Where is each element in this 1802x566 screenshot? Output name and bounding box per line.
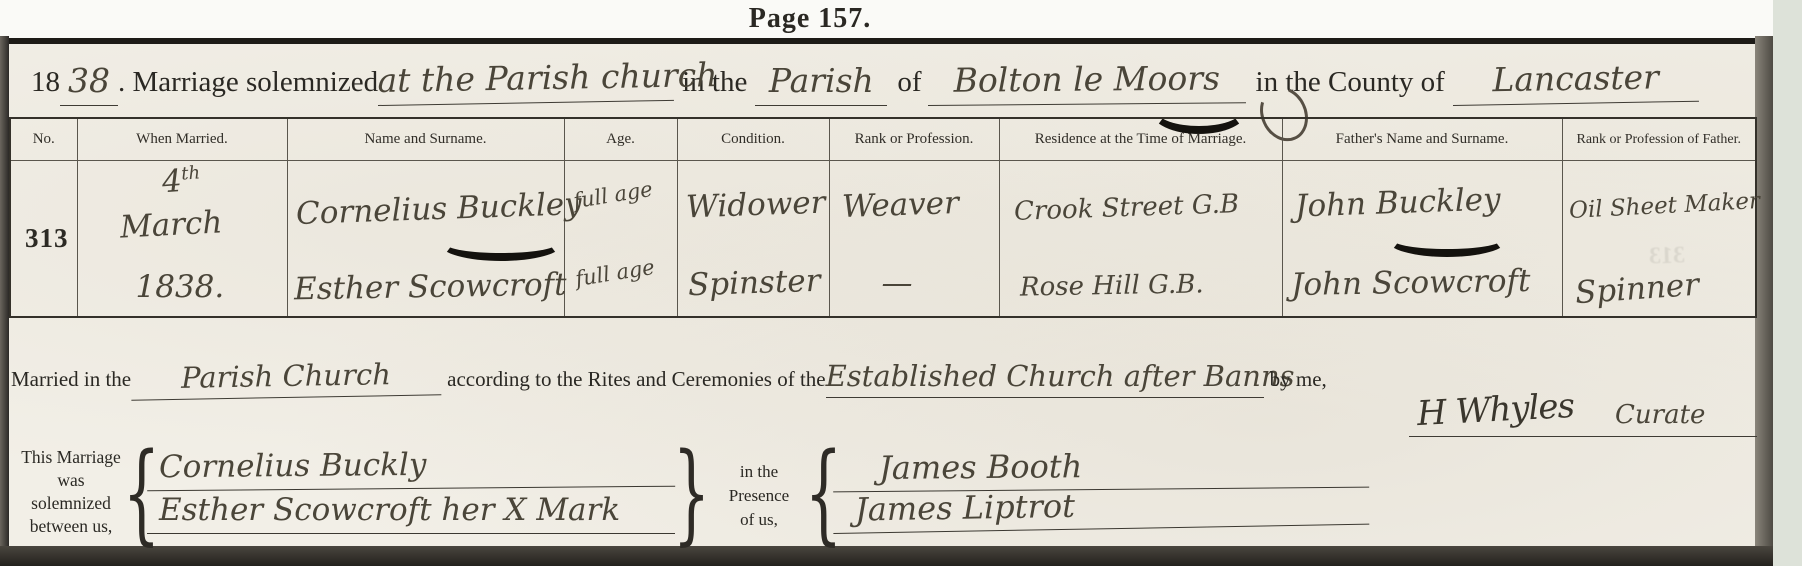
- bride-residence: Rose Hill G.B.: [1019, 269, 1203, 302]
- entry-number: 313: [25, 223, 69, 254]
- ink-flourish: [1387, 223, 1507, 257]
- of-text: of: [887, 66, 927, 106]
- closing-brace: }: [677, 442, 707, 544]
- married-in-handwritten: Parish Church: [131, 353, 442, 400]
- label-line: was: [9, 469, 133, 492]
- cell-father-names: John Buckley John Scowcroft: [1282, 160, 1562, 317]
- witness-signature-2: James Liptrot: [833, 481, 1370, 534]
- entry-row: 313 4th March 1838. Cornelius Buckley Es…: [10, 160, 1756, 317]
- groom-rank: Weaver: [841, 184, 959, 224]
- this-marriage-label: This Marriage was solemnized between us,: [9, 446, 133, 538]
- bride-father-rank: Spinner: [1573, 266, 1699, 311]
- col-header-no: No.: [10, 118, 77, 160]
- according-to-rites-text: according to the Rites and Ceremonies of…: [441, 367, 825, 398]
- bride-condition: Spinster: [687, 262, 821, 303]
- party-signatures: Cornelius Buckly Esther Scowcroft her X …: [147, 444, 675, 534]
- register-table: No. When Married. Name and Surname. Age.…: [9, 117, 1757, 318]
- col-header-age: Age.: [564, 118, 677, 160]
- marriage-solemnized-text: . Marriage solemnized: [118, 66, 378, 106]
- married-in-the-text: Married in the: [11, 367, 131, 398]
- wedding-day: 4th: [160, 161, 201, 200]
- cell-ranks: Weaver —: [829, 160, 999, 317]
- bride-name: Esther Scowcroft: [293, 266, 566, 307]
- page-number-label: Page 157.: [620, 3, 1000, 35]
- wedding-month: March: [119, 204, 223, 245]
- col-header-condition: Condition.: [677, 118, 829, 160]
- table-header-row: No. When Married. Name and Surname. Age.…: [10, 118, 1756, 160]
- register-form: 18 38 . Marriage solemnized at the Paris…: [9, 38, 1755, 546]
- label-line: solemnized: [9, 492, 133, 515]
- cell-entry-no: 313: [10, 160, 77, 317]
- groom-name: Cornelius Buckley: [295, 186, 582, 232]
- groom-age: full age: [571, 176, 654, 212]
- label-line: in the: [709, 460, 809, 484]
- county-handwritten: Lancaster: [1452, 54, 1699, 106]
- groom-father-rank: Oil Sheet Maker: [1568, 188, 1760, 224]
- label-line: of us,: [709, 508, 809, 532]
- officiant-signature-line: [1409, 436, 1757, 437]
- witness-signatures: James Booth James Liptrot: [833, 446, 1369, 534]
- label-line: This Marriage: [9, 446, 133, 469]
- label-line: Presence: [709, 484, 809, 508]
- page-edge-right: [1755, 36, 1773, 566]
- scanned-marriage-register: Page 157. 18 38 . Marriage solemnized at…: [0, 0, 1802, 566]
- groom-condition: Widower: [685, 184, 826, 225]
- rites-handwritten: Established Church after Banns: [826, 356, 1264, 398]
- year-prefix: 18: [31, 66, 60, 106]
- cell-when-married: 4th March 1838.: [77, 160, 287, 317]
- parish-handwritten: Parish: [755, 58, 887, 106]
- page-edge-margin: [1773, 0, 1802, 566]
- bleed-through-entry-no: 313: [1648, 242, 1685, 270]
- groom-residence: Crook Street G.B: [1013, 189, 1239, 227]
- col-header-rank: Rank or Profession.: [829, 118, 999, 160]
- page-edge-left: [0, 36, 9, 566]
- bride-rank-dash: —: [882, 265, 913, 301]
- headline: 18 38 . Marriage solemnized at the Paris…: [9, 54, 1755, 106]
- wedding-year: 1838.: [136, 269, 225, 305]
- col-header-when-married: When Married.: [77, 118, 287, 160]
- col-header-father-name: Father's Name and Surname.: [1282, 118, 1562, 160]
- label-line: between us,: [9, 515, 133, 538]
- bride-father-name: John Scowcroft: [1290, 262, 1530, 302]
- bride-signature: Esther Scowcroft her X Mark: [147, 489, 675, 534]
- cell-ages: full age full age: [564, 160, 677, 317]
- place-handwritten: at the Parish church: [377, 53, 674, 106]
- groom-signature: Cornelius Buckly: [147, 442, 675, 492]
- col-header-name: Name and Surname.: [287, 118, 564, 160]
- ink-flourish: [440, 227, 562, 261]
- bride-age: full age: [573, 254, 656, 290]
- groom-father-name: John Buckley: [1294, 181, 1501, 224]
- officiant-title: Curate: [1615, 400, 1705, 430]
- presence-label: in the Presence of us,: [709, 460, 809, 532]
- by-me-text: by me,: [1264, 367, 1327, 398]
- cell-residences: Crook Street G.B Rose Hill G.B.: [999, 160, 1282, 317]
- col-header-father-rank: Rank or Profession of Father.: [1562, 118, 1756, 160]
- page-edge-bottom: [0, 546, 1773, 566]
- cell-names: Cornelius Buckley Esther Scowcroft: [287, 160, 564, 317]
- col-header-residence: Residence at the Time of Marriage.: [999, 118, 1282, 160]
- cell-conditions: Widower Spinster: [677, 160, 829, 317]
- year-handwritten: 38: [60, 58, 118, 106]
- officiant-signature: H Whyles: [1416, 386, 1575, 434]
- cell-father-ranks: Oil Sheet Maker 313 Spinner: [1562, 160, 1756, 317]
